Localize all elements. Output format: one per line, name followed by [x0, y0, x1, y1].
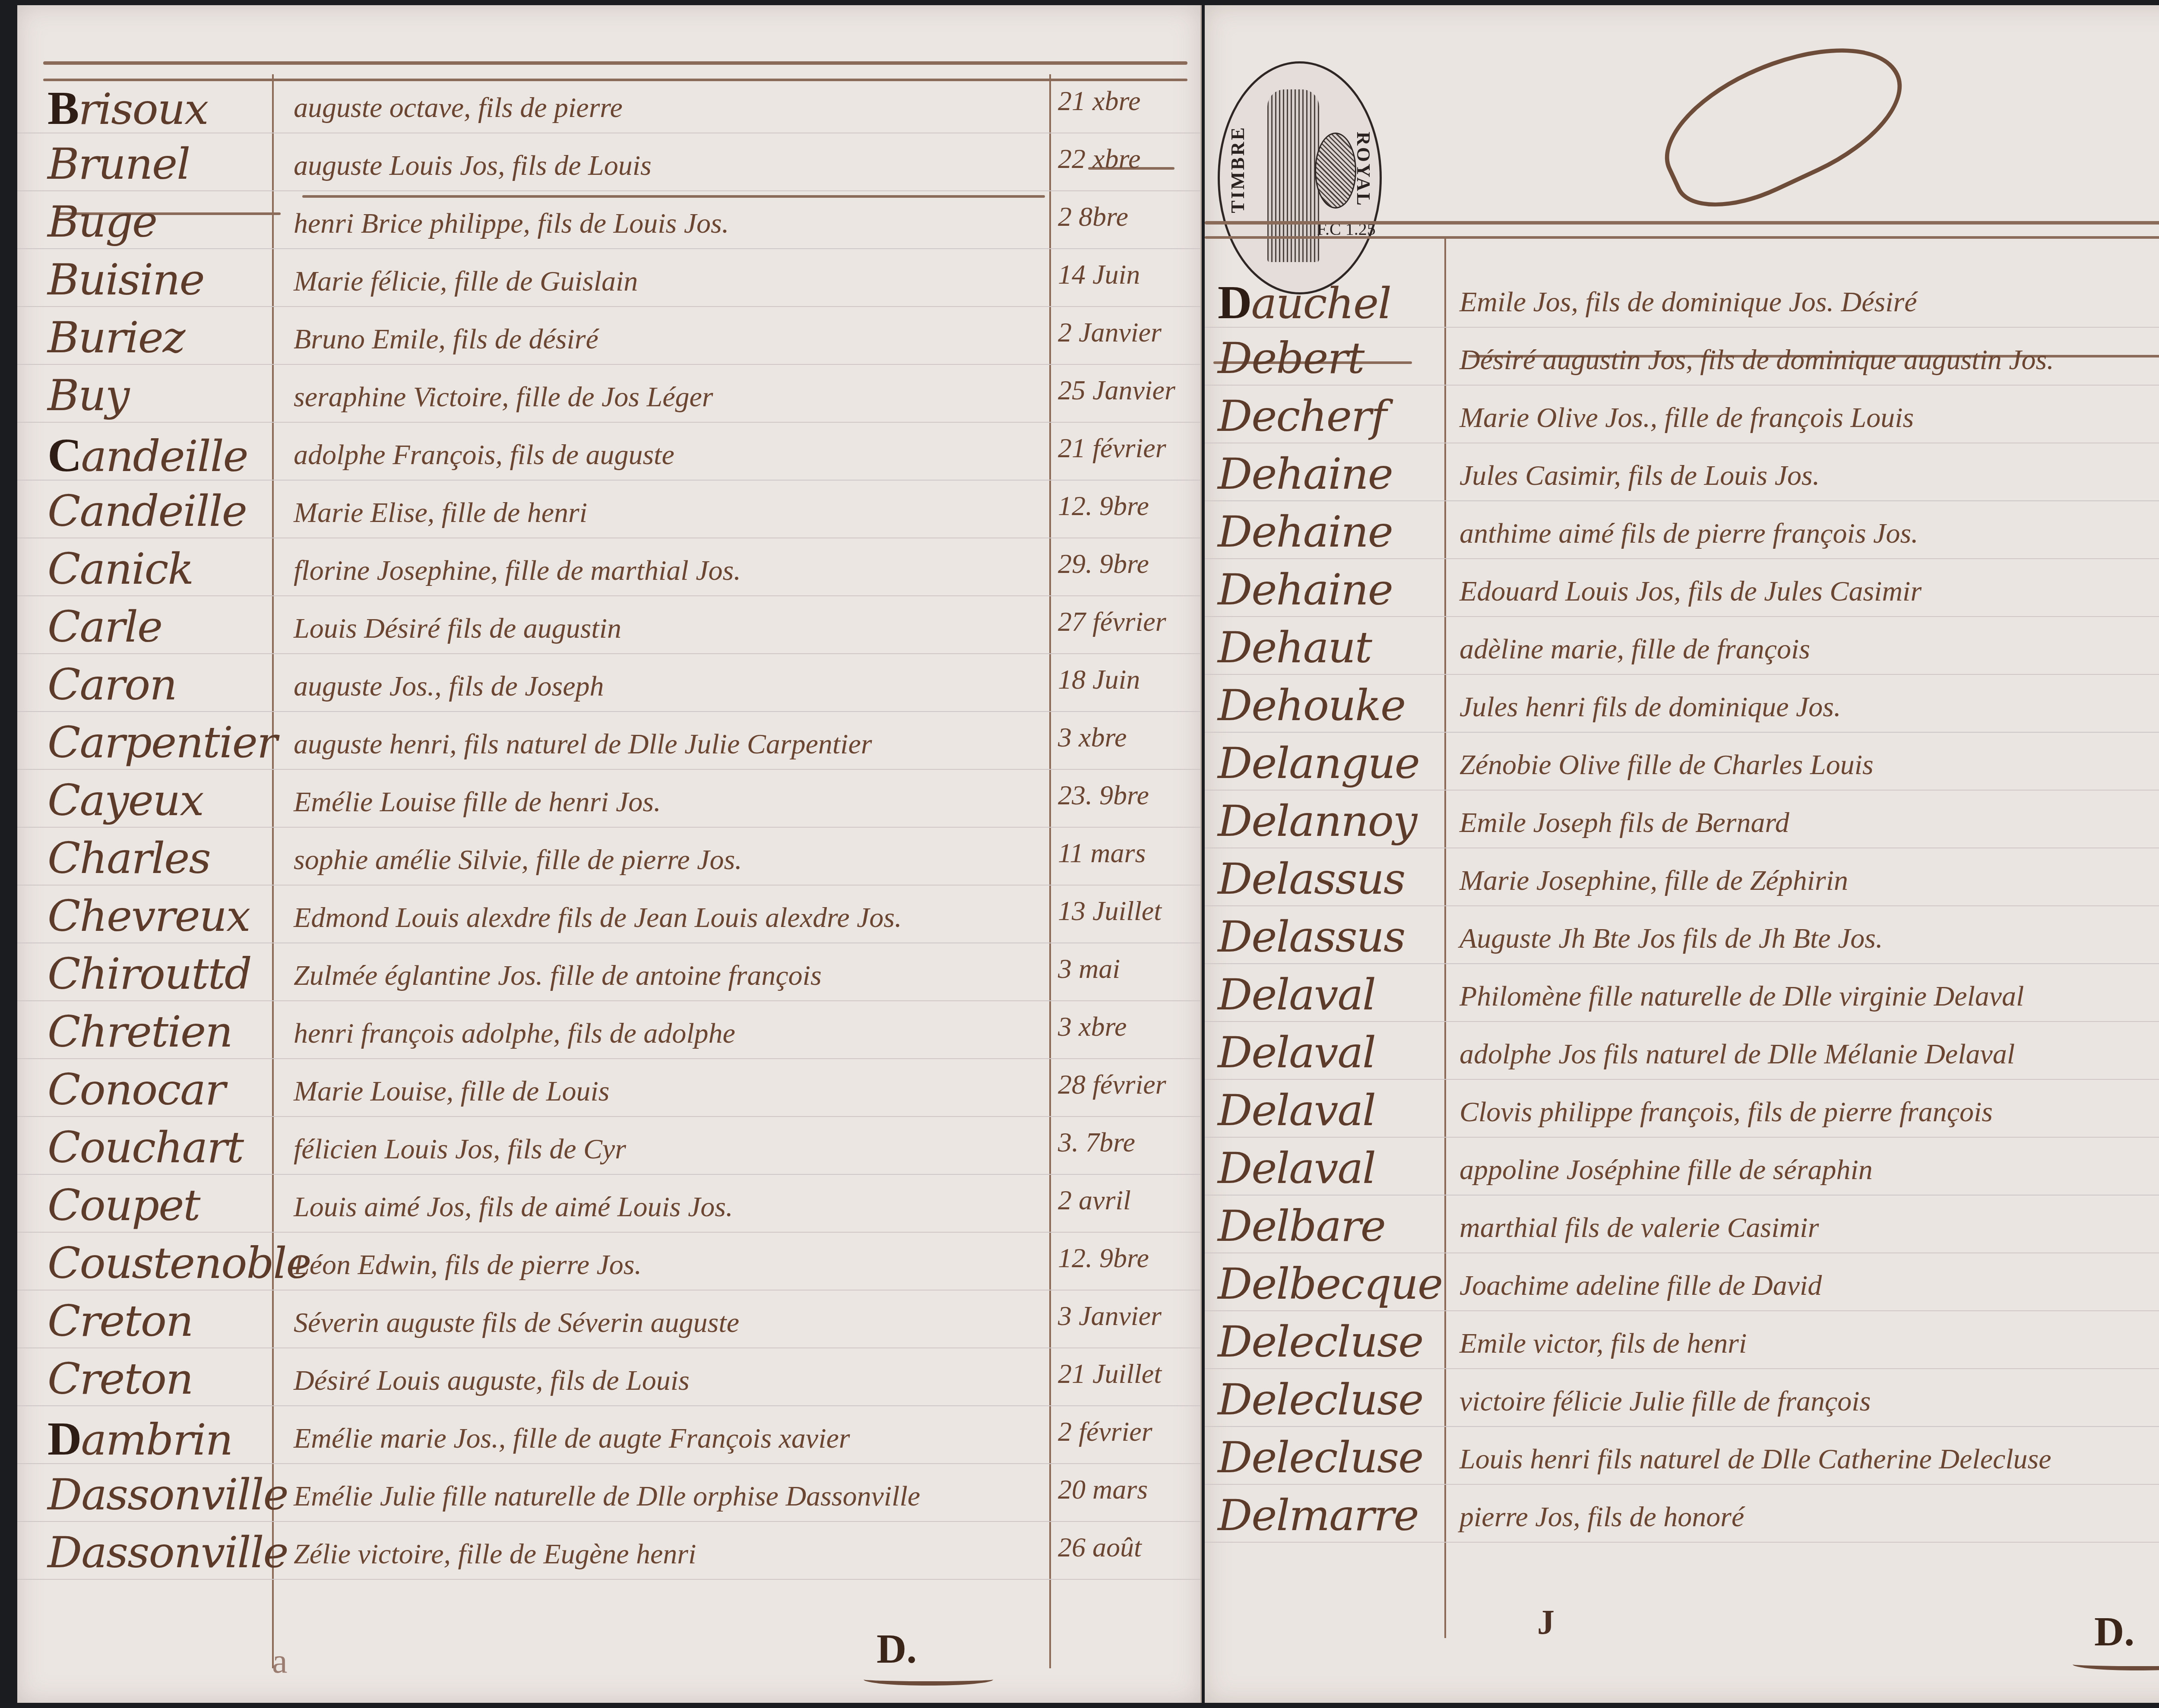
left-page: Brisouxauguste octave, fils de pierre21 …: [17, 5, 1202, 1703]
surname: Creton: [47, 1354, 193, 1404]
given-names-and-parent: Emélie Julie fille naturelle de Dlle orp…: [294, 1480, 920, 1513]
given-names-and-parent: auguste Louis Jos, fils de Louis: [294, 149, 652, 182]
surname: Canick: [47, 544, 193, 594]
surname: Delmarre: [1218, 1490, 1418, 1540]
surname-rest: risoux: [78, 84, 208, 134]
given-names-and-parent: Auguste Jh Bte Jos fils de Jh Bte Jos.: [1459, 922, 1883, 955]
register-entry: ConocarMarie Louise, fille de Louis28 fé…: [17, 1064, 1200, 1125]
given-names-and-parent: Emile victor, fils de henri: [1459, 1327, 1747, 1360]
given-names-and-parent: Léon Edwin, fils de pierre Jos.: [294, 1249, 642, 1281]
register-entry: DelassusMarie Josephine, fille de Zéphir…: [1205, 854, 2159, 914]
given-names-and-parent: Marie Olive Jos., fille de françois Loui…: [1459, 402, 1914, 434]
surname: Coupet: [47, 1180, 200, 1230]
register-entry: DambrinEmélie marie Jos., fille de augte…: [17, 1411, 1200, 1472]
given-names-and-parent: Désiré Louis auguste, fils de Louis: [294, 1364, 690, 1397]
given-names-and-parent: Marie félicie, fille de Guislain: [294, 265, 638, 298]
shield-icon: [1315, 133, 1356, 209]
register-entry: DelassusAuguste Jh Bte Jos fils de Jh Bt…: [1205, 911, 2159, 972]
given-names-and-parent: Zélie victoire, fille de Eugène henri: [294, 1538, 696, 1571]
surname: Delangue: [1218, 738, 1419, 788]
footer-mark: J: [1537, 1603, 1554, 1642]
surname: Delaval: [1218, 969, 1375, 1020]
entry-date: 23. 9bre: [1058, 779, 1149, 811]
surname: Delaval: [1218, 1027, 1375, 1078]
entry-date: 29. 9bre: [1058, 548, 1149, 580]
surname: Caron: [47, 659, 177, 710]
entry-date: 2 février: [1058, 1416, 1152, 1448]
register-entry: BuriezBruno Emile, fils de désiré2 Janvi…: [17, 312, 1200, 373]
surname: Dassonville: [47, 1469, 288, 1520]
surname: Dehaine: [1218, 564, 1393, 615]
register-entry: Brunelauguste Louis Jos, fils de Louis22…: [17, 139, 1200, 199]
given-names-and-parent: henri françois adolphe, fils de adolphe: [294, 1017, 735, 1050]
footer-letter: D.: [877, 1625, 917, 1673]
register-entry: Dehautadèline marie, fille de françois15…: [1205, 622, 2159, 683]
paraph-flourish: [1644, 14, 1922, 230]
corner-mark: a: [272, 1642, 288, 1681]
entry-date: 27 février: [1058, 606, 1166, 638]
entry-date: 3 mai: [1058, 953, 1120, 985]
entry-date: 3 Janvier: [1058, 1300, 1162, 1332]
given-names-and-parent: adolphe François, fils de auguste: [294, 439, 674, 471]
surname: Coustenoble: [47, 1238, 311, 1288]
given-names-and-parent: auguste henri, fils naturel de Dlle Juli…: [294, 728, 872, 761]
entry-date: 2 avril: [1058, 1184, 1131, 1216]
entry-date: 21 février: [1058, 432, 1166, 464]
entry-date: 3 xbre: [1058, 721, 1127, 753]
given-names-and-parent: Emélie marie Jos., fille de augte Franço…: [294, 1422, 850, 1455]
right-page: TIMBRE ROYAL F.C 1.25 40 DauchelEmile Jo…: [1205, 5, 2159, 1703]
entry-date: 21 xbre: [1058, 85, 1140, 117]
surname: Delaval: [1218, 1085, 1375, 1136]
surname: Buy: [47, 370, 129, 421]
footer-swash: [2073, 1658, 2159, 1670]
register-entry: BuisineMarie félicie, fille de Guislain1…: [17, 254, 1200, 315]
register-entry: DelannoyEmile Joseph fils de Bernard7 Ju…: [1205, 796, 2159, 856]
given-names-and-parent: auguste Jos., fils de Joseph: [294, 670, 604, 703]
register-entry: Couchartfélicien Louis Jos, fils de Cyr3…: [17, 1122, 1200, 1183]
given-names-and-parent: Marie Elise, fille de henri: [294, 497, 587, 529]
surname: Charles: [47, 833, 210, 883]
given-names-and-parent: Philomène fille naturelle de Dlle virgin…: [1459, 980, 2024, 1013]
given-names-and-parent: adolphe Jos fils naturel de Dlle Mélanie…: [1459, 1038, 2015, 1071]
section-initial: D: [47, 1412, 81, 1465]
register-entry: DelbecqueJoachime adeline fille de David…: [1205, 1259, 2159, 1319]
surname: Dassonville: [47, 1527, 288, 1578]
surname: Buge: [47, 196, 157, 247]
given-names-and-parent: Jules henri fils de dominique Jos.: [1459, 691, 1841, 724]
entry-date: 11 mars: [1058, 837, 1146, 869]
register-entry: CoustenobleLéon Edwin, fils de pierre Jo…: [17, 1238, 1200, 1298]
section-initial: C: [47, 429, 81, 481]
register-entry: Charlessophie amélie Silvie, fille de pi…: [17, 833, 1200, 893]
header-rule: [1205, 236, 2159, 239]
given-names-and-parent: Jules Casimir, fils de Louis Jos.: [1459, 459, 1820, 492]
surname: Delecluse: [1218, 1316, 1423, 1367]
entry-date: 3. 7bre: [1058, 1126, 1135, 1158]
entry-date: 22 xbre: [1058, 143, 1140, 175]
register-entry: CoupetLouis aimé Jos, fils de aimé Louis…: [17, 1180, 1200, 1240]
entry-date: 2 Janvier: [1058, 316, 1162, 348]
royal-stamp: TIMBRE ROYAL F.C 1.25: [1218, 61, 1382, 294]
surname: Brunel: [47, 139, 190, 189]
entry-date: 12. 9bre: [1058, 1242, 1149, 1274]
surname: Dehaut: [1218, 622, 1371, 673]
surname: Carle: [47, 601, 162, 652]
given-names-and-parent: Joachime adeline fille de David: [1459, 1269, 1822, 1302]
register-entry: CarleLouis Désiré fils de augustin27 fév…: [17, 601, 1200, 662]
footer-swash: [864, 1673, 993, 1686]
given-names-and-parent: Clovis philippe françois, fils de pierre…: [1459, 1096, 1993, 1129]
given-names-and-parent: appoline Joséphine fille de séraphin: [1459, 1154, 1873, 1186]
given-names-and-parent: Louis henri fils naturel de Dlle Catheri…: [1459, 1443, 2051, 1476]
register-entry: Canickflorine Josephine, fille de marthi…: [17, 544, 1200, 604]
section-initial: B: [47, 82, 78, 134]
section-initial: D: [1218, 276, 1251, 329]
given-names-and-parent: Edmond Louis alexdre fils de Jean Louis …: [294, 901, 902, 934]
given-names-and-parent: auguste octave, fils de pierre: [294, 92, 623, 124]
entry-date: 14 Juin: [1058, 259, 1140, 291]
register-entry: Delmarrepierre Jos, fils de honoré21 mar…: [1205, 1490, 2159, 1550]
register-entry: ChevreuxEdmond Louis alexdre fils de Jea…: [17, 891, 1200, 951]
given-names-and-parent: marthial fils de valerie Casimir: [1459, 1211, 1819, 1244]
surname: Dehaine: [1218, 449, 1393, 499]
register-entry: Delavaladolphe Jos fils naturel de Dlle …: [1205, 1027, 2159, 1088]
surname: Delecluse: [1218, 1432, 1423, 1483]
given-names-and-parent: florine Josephine, fille de marthial Jos…: [294, 554, 741, 587]
register-entry: DelecluseEmile victor, fils de henri7 Ja…: [1205, 1316, 2159, 1377]
register-entry: Delavalappoline Joséphine fille de sérap…: [1205, 1143, 2159, 1203]
register-entry: DassonvilleEmélie Julie fille naturelle …: [17, 1469, 1200, 1530]
entry-date: 18 Juin: [1058, 664, 1140, 696]
register-entry: DelangueZénobie Olive fille de Charles L…: [1205, 738, 2159, 798]
register-entry: DelavalClovis philippe françois, fils de…: [1205, 1085, 2159, 1145]
given-names-and-parent: henri Brice philippe, fils de Louis Jos.: [294, 207, 729, 240]
entry-date: 12. 9bre: [1058, 490, 1149, 522]
register-entry: Brisouxauguste octave, fils de pierre21 …: [17, 81, 1200, 141]
surname: Buisine: [47, 254, 204, 305]
surname: Delannoy: [1218, 796, 1416, 846]
given-names-and-parent: Zénobie Olive fille de Charles Louis: [1459, 749, 1874, 781]
register-entry: CretonDésiré Louis auguste, fils de Loui…: [17, 1354, 1200, 1414]
entry-date: 13 Juillet: [1058, 895, 1162, 927]
entry-date: 20 mars: [1058, 1474, 1148, 1506]
register-entry: Delbaremarthial fils de valerie Casimir8…: [1205, 1201, 2159, 1261]
surname: Chirouttd: [47, 949, 251, 999]
register-entry: Candeilleadolphe François, fils de augus…: [17, 428, 1200, 488]
surname: Chretien: [47, 1006, 232, 1057]
surname: Conocar: [47, 1064, 225, 1115]
surname: Delbecque: [1218, 1259, 1442, 1309]
given-names-and-parent: félicien Louis Jos, fils de Cyr: [294, 1133, 626, 1166]
given-names-and-parent: sophie amélie Silvie, fille de pierre Jo…: [294, 844, 742, 876]
entry-date: 25 Janvier: [1058, 374, 1175, 406]
register-entry: DassonvilleZélie victoire, fille de Eugè…: [17, 1527, 1200, 1588]
surname: Dehaine: [1218, 506, 1393, 557]
given-names-and-parent: Séverin auguste fils de Séverin auguste: [294, 1306, 739, 1339]
given-names-and-parent: Louis aimé Jos, fils de aimé Louis Jos.: [294, 1191, 733, 1224]
register-entry: CretonSéverin auguste fils de Séverin au…: [17, 1296, 1200, 1356]
given-names-and-parent: pierre Jos, fils de honoré: [1459, 1501, 1744, 1534]
given-names-and-parent: Louis Désiré fils de augustin: [294, 612, 621, 645]
surname: Debert: [1218, 333, 1364, 383]
surname: Candeille: [47, 486, 247, 536]
register-entry: DehaineJules Casimir, fils de Louis Jos.…: [1205, 449, 2159, 509]
entry-date: 28 février: [1058, 1069, 1166, 1101]
register-entry: DelavalPhilomène fille naturelle de Dlle…: [1205, 969, 2159, 1030]
surname-rest: auchel: [1251, 278, 1391, 329]
surname: Brisoux: [47, 81, 208, 136]
surname: Delassus: [1218, 854, 1405, 904]
register-entry: Chretienhenri françois adolphe, fils de …: [17, 1006, 1200, 1067]
register-entry: DehaineEdouard Louis Jos, fils de Jules …: [1205, 564, 2159, 625]
surname: Creton: [47, 1296, 193, 1346]
header-rule: [1205, 221, 2159, 225]
register-entry: Deleclusevictoire félicie Julie fille de…: [1205, 1374, 2159, 1435]
entry-date: 21 Juillet: [1058, 1358, 1162, 1390]
register-entry: Caronauguste Jos., fils de Joseph18 Juin: [17, 659, 1200, 720]
surname: Dehouke: [1218, 680, 1405, 731]
given-names-and-parent: Emile Joseph fils de Bernard: [1459, 807, 1789, 839]
given-names-and-parent: Marie Louise, fille de Louis: [294, 1075, 609, 1108]
given-names-and-parent: adèline marie, fille de françois: [1459, 633, 1810, 666]
register-entry: Carpentierauguste henri, fils naturel de…: [17, 717, 1200, 778]
surname: Buriez: [47, 312, 185, 363]
surname: Dauchel: [1218, 275, 1391, 330]
register-entry: Buyseraphine Victoire, fille de Jos Lége…: [17, 370, 1200, 430]
register-entry: DecherfMarie Olive Jos., fille de franço…: [1205, 391, 2159, 451]
given-names-and-parent: Emélie Louise fille de henri Jos.: [294, 786, 661, 819]
surname: Delecluse: [1218, 1374, 1423, 1425]
register-entry: Dehaineanthime aimé fils de pierre franç…: [1205, 506, 2159, 567]
surname: Chevreux: [47, 891, 250, 941]
given-names-and-parent: Marie Josephine, fille de Zéphirin: [1459, 864, 1848, 897]
surname: Candeille: [47, 428, 248, 483]
surname: Dambrin: [47, 1411, 232, 1466]
register-entry: DehoukeJules henri fils de dominique Jos…: [1205, 680, 2159, 740]
given-names-and-parent: victoire félicie Julie fille de françois: [1459, 1385, 1871, 1418]
given-names-and-parent: Bruno Emile, fils de désiré: [294, 323, 598, 356]
entry-date: 26 août: [1058, 1531, 1142, 1563]
stamp-text-left: TIMBRE: [1227, 126, 1249, 213]
surname: Delassus: [1218, 911, 1405, 962]
register-entry: Bugehenri Brice philippe, fils de Louis …: [17, 196, 1200, 257]
surname: Cayeux: [47, 775, 203, 826]
entry-date: 3 xbre: [1058, 1011, 1127, 1043]
given-names-and-parent: Emile Jos, fils de dominique Jos. Désiré: [1459, 286, 1917, 319]
surname: Delbare: [1218, 1201, 1385, 1251]
surname: Decherf: [1218, 391, 1386, 441]
register-entry: DelecluseLouis henri fils naturel de Dll…: [1205, 1432, 2159, 1493]
surname: Couchart: [47, 1122, 243, 1173]
register-entry: ChirouttdZulmée églantine Jos. fille de …: [17, 949, 1200, 1009]
given-names-and-parent: seraphine Victoire, fille de Jos Léger: [294, 381, 713, 414]
register-entry: CayeuxEmélie Louise fille de henri Jos.2…: [17, 775, 1200, 835]
surname: Delaval: [1218, 1143, 1375, 1193]
given-names-and-parent: Edouard Louis Jos, fils de Jules Casimir: [1459, 575, 1922, 608]
header-rule: [43, 61, 1187, 65]
footer-letter: D.: [2094, 1607, 2134, 1655]
surname: Carpentier: [47, 717, 277, 768]
given-names-and-parent: Zulmée églantine Jos. fille de antoine f…: [294, 959, 822, 992]
register-entry: CandeilleMarie Elise, fille de henri12. …: [17, 486, 1200, 546]
register-entry: DebertDésiré augustin Jos, fils de domin…: [1205, 333, 2159, 393]
given-names-and-parent: anthime aimé fils de pierre françois Jos…: [1459, 517, 1918, 550]
given-names-and-parent: Désiré augustin Jos, fils de dominique a…: [1459, 344, 2054, 376]
surname-rest: andeille: [81, 431, 247, 481]
entry-date: 2 8bre: [1058, 201, 1128, 233]
surname-rest: ambrin: [81, 1414, 232, 1465]
register-entry: DauchelEmile Jos, fils de dominique Jos.…: [1205, 275, 2159, 335]
